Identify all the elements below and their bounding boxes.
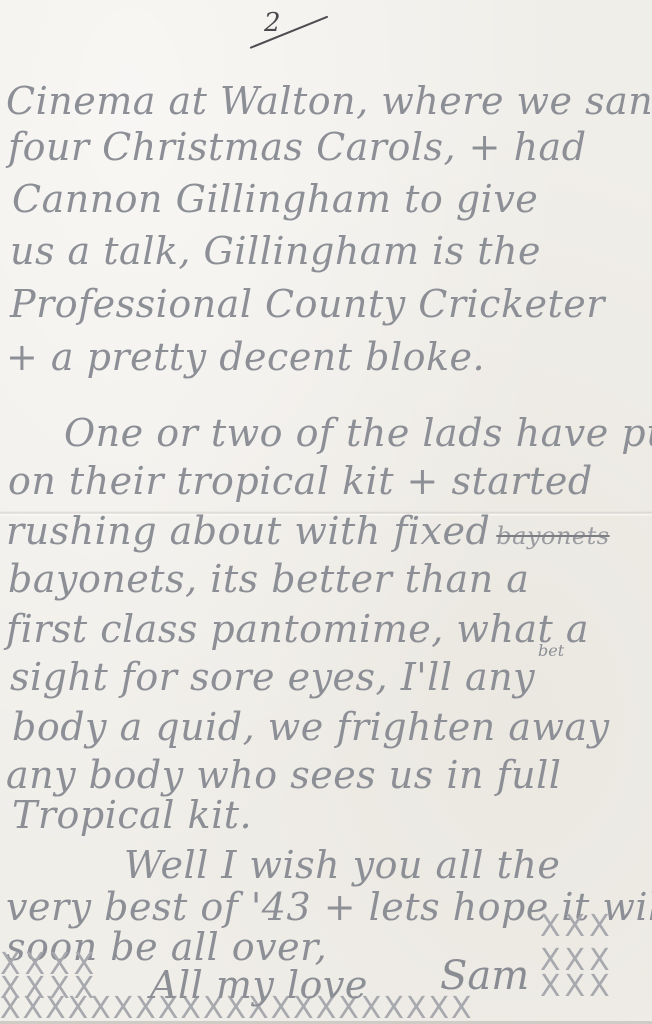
letter-line-11: first class pantomime, what a	[6, 610, 589, 648]
letter-line-13: body a quid, we frighten away	[12, 708, 610, 746]
letter-line-6: + a pretty decent bloke.	[6, 338, 485, 376]
kisses-right-row-3: XXX	[540, 972, 614, 1002]
letter-line-10: bayonets, its better than a	[8, 560, 529, 598]
letter-line-7: One or two of the lads have put	[64, 414, 652, 452]
letter-line-4: us a talk, Gillingham is the	[10, 232, 541, 270]
letter-line-14: any body who sees us in full	[6, 756, 561, 794]
kisses-right-row-1: XXX	[540, 912, 614, 942]
letter-line-2: four Christmas Carols, + had	[8, 128, 587, 166]
signature: Sam	[440, 956, 529, 996]
letter-line-5: Professional County Cricketer	[10, 285, 605, 323]
page-number: 2	[264, 10, 281, 36]
letter-line-9-text: rushing about with fixed	[6, 509, 490, 553]
page-number-underline	[250, 16, 329, 49]
letter-page: 2 Cinema at Walton, where we sang four C…	[0, 0, 652, 1024]
letter-line-3: Cannon Gillingham to give	[12, 180, 538, 218]
letter-line-12: sight for sore eyes, I'll any	[10, 658, 535, 696]
closing-phrase: All my love	[150, 966, 368, 1004]
letter-line-8: on their tropical kit + started	[8, 462, 593, 500]
letter-line-15: Tropical kit.	[12, 796, 252, 834]
letter-line-16: Well I wish you all the	[124, 846, 560, 884]
struck-out-word: bayonets	[496, 522, 609, 550]
inserted-word: bet	[538, 643, 564, 659]
letter-line-1: Cinema at Walton, where we sang	[6, 82, 652, 120]
letter-line-9: rushing about with fixedbayonets	[6, 512, 610, 550]
